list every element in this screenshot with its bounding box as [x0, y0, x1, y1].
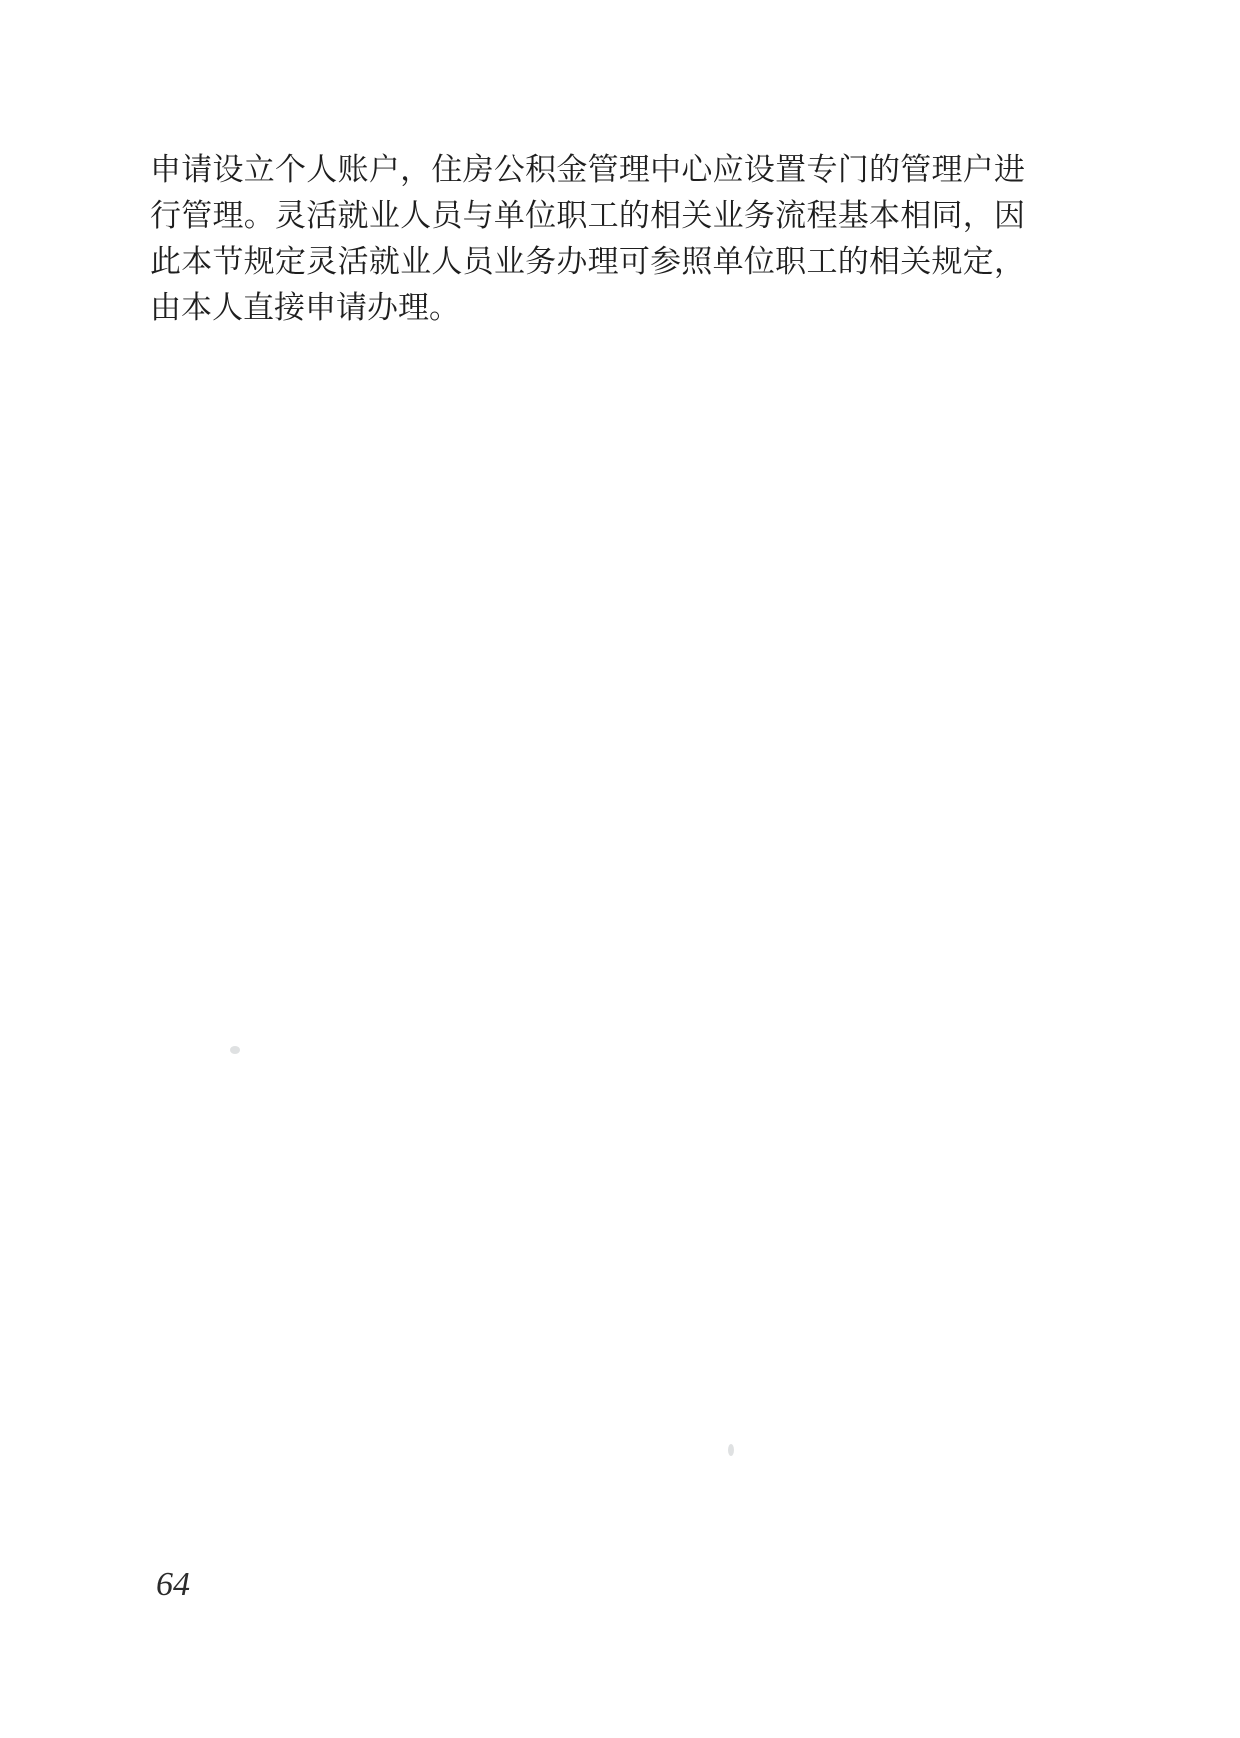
paragraph-line-4: 由本人直接申请办理。: [150, 285, 1025, 331]
paragraph-line-3: 此本节规定灵活就业人员业务办理可参照单位职工的相关规定，: [150, 239, 1025, 285]
document-page: 申请设立个人账户，住房公积金管理中心应设置专门的管理户进 行管理。灵活就业人员与…: [0, 0, 1240, 1738]
body-paragraph: 申请设立个人账户，住房公积金管理中心应设置专门的管理户进 行管理。灵活就业人员与…: [150, 147, 1025, 331]
paragraph-line-1: 申请设立个人账户，住房公积金管理中心应设置专门的管理户进: [150, 147, 1025, 193]
page-number: 64: [156, 1566, 190, 1604]
scan-artifact-speck: [230, 1046, 240, 1054]
scan-artifact-speck: [728, 1444, 734, 1456]
paragraph-line-2: 行管理。灵活就业人员与单位职工的相关业务流程基本相同，因: [150, 193, 1025, 239]
